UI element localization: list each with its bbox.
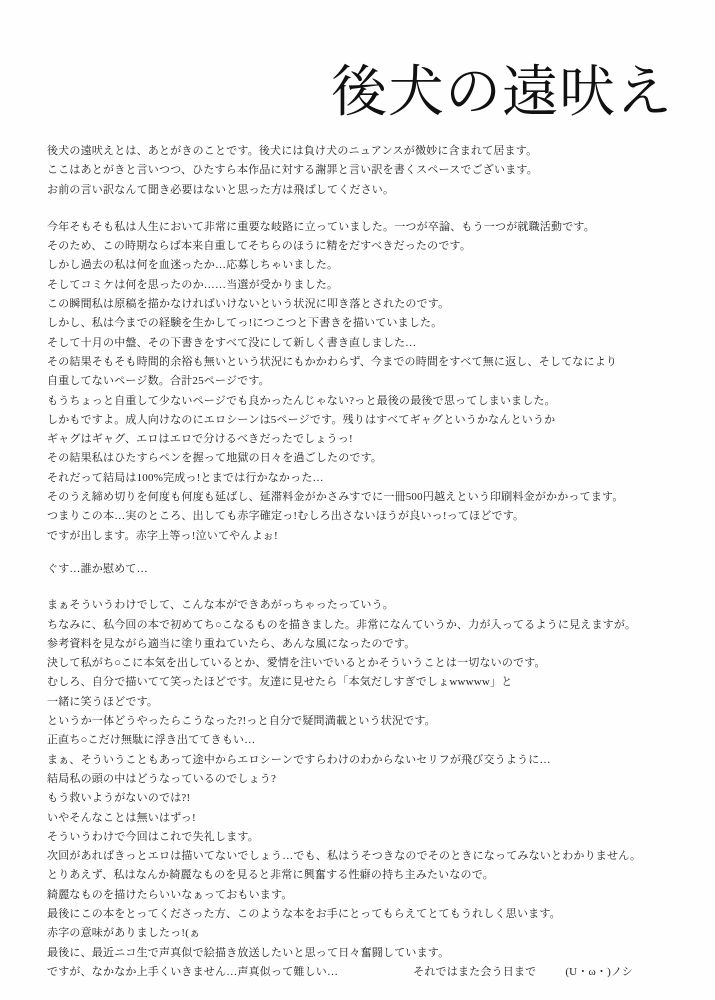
text-line: 自重してないページ数。合計25ページです。 (47, 372, 707, 391)
afterword-page: 後犬の遠吠え 後犬の遠吠えとは、あとがきのことです。後犬には負け犬のニュアンスが… (0, 0, 715, 1000)
text-line: 次回があればきっとエロは描いてないでしょう…でも、私はうそつきなのでそのときにな… (47, 847, 707, 866)
text-line: というか一体どうやったらこうなった?!っと自分で疑問満載という状況です。 (47, 712, 707, 731)
text-line: しかもですよ。成人向けなのにエロシーンは5ページです。残りはすべてギャグというか… (47, 411, 707, 430)
waving-kaomoji: (U・ω・)ノシ (565, 966, 633, 978)
text-line: それだって結局は100%完成っ!とまでは行かなかった… (47, 469, 707, 488)
text-line: 今年そもそも私は人生において非常に重要な岐路に立っていました。一つが卒論、もう一… (47, 218, 707, 237)
text-line: しかし過去の私は何を血迷ったか…応募しちゃいました。 (47, 256, 707, 275)
text-line: まぁ、そういうこともあって途中からエロシーンですらわけのわからないセリフが飛び交… (47, 751, 707, 770)
text-line: 赤字の意味がありましたっ!(ぁ (47, 924, 707, 943)
text-line: むしろ、自分で描いてて笑ったほどです。友達に見せたら「本気だしすぎでしょwwww… (47, 673, 707, 692)
text-line: もう救いようがないのでは?! (47, 789, 707, 808)
paragraph-sob: ぐす…誰か慰めて… (47, 560, 707, 579)
text-line: 最後にこの本をとってくださった方、このような本をお手にとってもらえてとてもうれし… (47, 905, 707, 924)
farewell-text: それではまた会う日まで (413, 966, 536, 978)
text-line: そういうわけで今回はこれで失礼します。 (47, 828, 707, 847)
text-line: そのうえ締め切りを何度も何度も延ばし、延滞料金がかさみすでに一冊500円越えとい… (47, 488, 707, 507)
body-text: 後犬の遠吠えとは、あとがきのことです。後犬には負け犬のニュアンスが微妙に含まれて… (47, 142, 707, 982)
text-line: そしてコミケは何を思ったのか……当選が受かりました。 (47, 276, 707, 295)
text-line: 綺麗なものを描けたらいいなぁっておもいます。 (47, 886, 707, 905)
page-title: 後犬の遠吠え (331, 48, 673, 128)
text-line: その結果私はひたすらペンを握って地獄の日々を過ごしたのです。 (47, 449, 707, 468)
text-line: まぁそういうわけでして、こんな本ができあがっちゃったっていう。 (47, 596, 707, 615)
text-line: 正直ち○こだけ無駄に浮き出ててきもい… (47, 731, 707, 750)
closing-text: ですが、なかなか上手くいきません…声真似って難しい… (47, 966, 338, 978)
text-line: 一緒に笑うほどです。 (47, 693, 707, 712)
paragraph-apology: 今年そもそも私は人生において非常に重要な岐路に立っていました。一つが卒論、もう一… (47, 218, 707, 546)
paragraph-outro: まぁそういうわけでして、こんな本ができあがっちゃったっていう。ちなみに、私今回の… (47, 596, 707, 963)
text-line: もうちょっと自重して少ないページでも良かったんじゃない?っと最後の最後で思ってし… (47, 392, 707, 411)
paragraph-intro: 後犬の遠吠えとは、あとがきのことです。後犬には負け犬のニュアンスが微妙に含まれて… (47, 142, 707, 200)
text-line: ここはあとがきと言いつつ、ひたすら本作品に対する謝罪と言い訳を書くスペースでござ… (47, 161, 707, 180)
text-line: 後犬の遠吠えとは、あとがきのことです。後犬には負け犬のニュアンスが微妙に含まれて… (47, 142, 707, 161)
text-line: この瞬間私は原稿を描かなければいけないという状況に叩き落とされたのです。 (47, 295, 707, 314)
text-line: 最後に、最近ニコ生で声真似で絵描き放送したいと思って日々奮闘しています。 (47, 944, 707, 963)
text-line: その結果そもそも時間的余裕も無いという状況にもかかわらず、今までの時間をすべて無… (47, 353, 707, 372)
text-line: 結局私の頭の中はどうなっているのでしょう? (47, 770, 707, 789)
text-line: ちなみに、私今回の本で初めてち○こなるものを描きました。非常になんていうか、力が… (47, 616, 707, 635)
text-line: ですが出します。赤字上等っ!泣いてやんよぉ! (47, 527, 707, 546)
text-line: そして十月の中盤、その下書きをすべて没にして新しく書き直しました… (47, 334, 707, 353)
text-line: ぐす…誰か慰めて… (47, 560, 707, 579)
text-line: つまりこの本…実のところ、出しても赤字確定っ!むしろ出さないほうが良いっ!ってほ… (47, 507, 707, 526)
text-line: お前の言い訳なんて聞き必要はないと思った方は飛ばしてください。 (47, 181, 707, 200)
text-line: しかし、私は今までの経験を生かしてっ!につこつと下書きを描いていました。 (47, 314, 707, 333)
text-line: ギャグはギャグ、エロはエロで分けるべきだったでしょうっ! (47, 430, 707, 449)
text-line: 参考資料を見ながら適当に塗り重ねていたら、あんな風になったのです。 (47, 635, 707, 654)
closing-line: ですが、なかなか上手くいきません…声真似って難しい… それではまた会う日まで (… (47, 963, 707, 982)
text-line: そのため、この時期ならば本来自重してそちらのほうに精をだすべきだったのです。 (47, 237, 707, 256)
text-line: いやそんなことは無いはずっ! (47, 809, 707, 828)
text-line: 決して私がち○こに本気を出しているとか、愛情を注いでいるとかそういうことは一切な… (47, 654, 707, 673)
text-line: とりあえず、私はなんか綺麗なものを見ると非常に興奮する性癖の持ち主みたいなので。 (47, 866, 707, 885)
